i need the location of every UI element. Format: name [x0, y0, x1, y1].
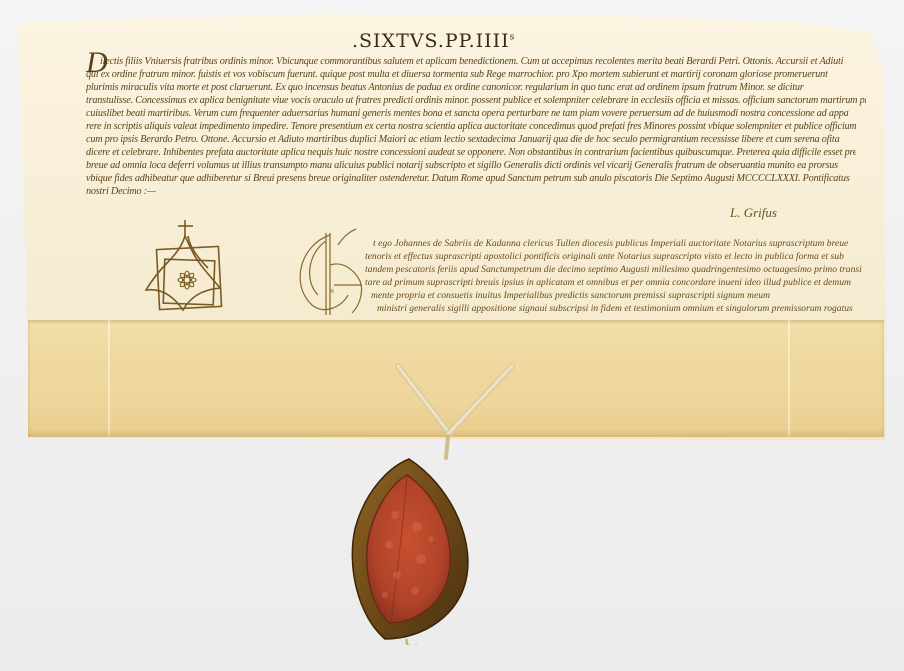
notary-line: tenoris et effectus suprascripti apostol…: [365, 251, 885, 262]
seal-cords-icon: [392, 360, 522, 470]
fold-crease: [108, 320, 110, 437]
text-line: vbique fides adhibeatur que adhiberetur …: [86, 173, 856, 184]
notary-signum-icon: [138, 218, 232, 318]
document-heading: .SIXTVS.PP.IIIIs: [352, 30, 515, 52]
heading-suffix: s: [510, 33, 516, 43]
text-line: qui ex ordine fratrum minor. fuistis et …: [86, 69, 866, 80]
wax-seal-icon: [345, 455, 475, 645]
text-line: rere in scriptis aliquis valeat impedime…: [86, 121, 856, 132]
notary-line: tare ad primum suprascripti breuis ipsiu…: [365, 277, 885, 288]
notary-line: mente propria et consuetis inuitus Imper…: [371, 290, 871, 301]
text-line: ilectis filiis Vniuersis fratribus ordin…: [100, 56, 866, 67]
text-line: dicere et celebrare. Inhibentes prefata …: [86, 147, 856, 158]
notary-line: t ego Johannes de Sabriis de Kadanna cle…: [373, 238, 883, 249]
text-line: cum pro ipsis Berardo Petro. Ottone. Acc…: [86, 134, 856, 145]
notary-flourished-initial-icon: [290, 225, 370, 325]
photo-background: .SIXTVS.PP.IIIIs D ilectis filiis Vniuer…: [0, 0, 904, 671]
text-line: cuiuslibet beati martiribus. Verum cum f…: [86, 108, 856, 119]
heading-text: .SIXTVS.PP.IIII: [352, 30, 510, 52]
fold-crease: [788, 320, 790, 437]
secretary-signature: L. Grifus: [730, 205, 777, 221]
text-line: breue ad omnia loca deferri volumus ut i…: [86, 160, 856, 171]
text-line: plurimis miraculis vita morte et post cl…: [86, 82, 866, 93]
notary-line: tandem pescatoris feriis apud Sanctumpet…: [365, 264, 885, 275]
notary-line: ministri generalis sigilli appositione s…: [377, 303, 872, 314]
text-line: nostri Decimo :—: [86, 186, 286, 197]
text-line: transtulisse. Concessimus ex aplica beni…: [86, 95, 866, 106]
